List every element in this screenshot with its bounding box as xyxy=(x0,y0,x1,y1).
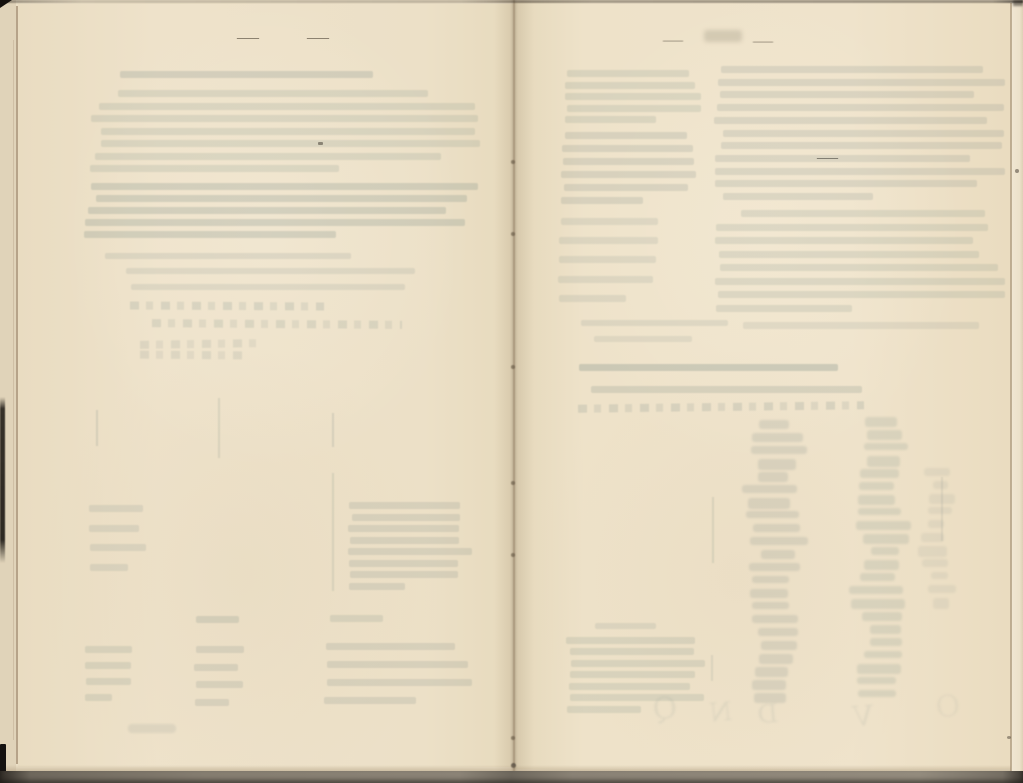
showthrough-row xyxy=(565,82,695,89)
showthrough-blob xyxy=(742,485,797,493)
showthrough-row xyxy=(716,305,852,312)
showthrough-para xyxy=(348,502,472,594)
stitch-mark xyxy=(511,736,515,740)
showthrough-blob xyxy=(867,430,902,440)
stitch-mark xyxy=(511,481,515,485)
showthrough-row xyxy=(721,142,1002,149)
showthrough-row xyxy=(718,79,1005,86)
showthrough-squiggle xyxy=(130,302,365,314)
showthrough-para xyxy=(88,505,146,583)
edge-speck xyxy=(1015,169,1019,173)
showthrough-row xyxy=(715,180,977,187)
showthrough-blob xyxy=(858,690,897,697)
right-page-number-ghost xyxy=(704,30,742,42)
showthrough-blob xyxy=(858,508,901,515)
showthrough-blob xyxy=(750,589,787,599)
showthrough-row xyxy=(743,322,979,329)
showthrough-blob xyxy=(761,550,795,559)
showthrough-row xyxy=(350,537,460,544)
showthrough-blob xyxy=(862,612,902,622)
showthrough-ghost: V xyxy=(844,699,874,729)
showthrough-para xyxy=(558,218,662,314)
showthrough-para xyxy=(194,646,244,716)
showthrough-column xyxy=(922,468,952,618)
showthrough-row xyxy=(565,93,701,100)
showthrough-row xyxy=(564,184,688,191)
showthrough-para xyxy=(565,637,705,717)
showthrough-blob xyxy=(859,482,894,490)
showthrough-blob xyxy=(761,641,797,650)
showthrough-row xyxy=(101,128,475,135)
left-background-block xyxy=(0,744,6,777)
showthrough-blob xyxy=(755,667,788,677)
showthrough-blob xyxy=(857,664,901,674)
showthrough-row xyxy=(196,646,244,653)
showthrough-blob xyxy=(870,625,901,634)
showthrough-row xyxy=(348,548,471,555)
showthrough-row xyxy=(195,699,229,706)
showthrough-vline xyxy=(711,655,713,681)
right-page-fore-edge xyxy=(1012,0,1023,783)
stitch-mark xyxy=(511,160,515,164)
showthrough-para xyxy=(83,183,485,243)
stitch-mark xyxy=(511,553,515,557)
showthrough-para xyxy=(712,210,1005,318)
left-background-strip xyxy=(0,397,5,563)
showthrough-blob xyxy=(849,586,903,594)
showthrough-row xyxy=(90,564,128,571)
showthrough-column xyxy=(745,420,803,712)
showthrough-row xyxy=(719,251,979,258)
edge-speck xyxy=(1007,736,1011,739)
showthrough-blob xyxy=(858,495,895,505)
right-page-folio-dash-right: — xyxy=(753,33,773,50)
showthrough-row xyxy=(88,207,446,214)
left-page-paper-texture xyxy=(18,4,514,767)
under-page-edge-area xyxy=(0,0,16,783)
showthrough-blob xyxy=(867,456,900,467)
showthrough-line xyxy=(592,336,704,345)
showthrough-line xyxy=(594,623,656,632)
showthrough-speck xyxy=(318,142,323,145)
showthrough-row xyxy=(715,278,1005,285)
showthrough-row xyxy=(91,115,478,122)
showthrough-row xyxy=(196,616,239,623)
showthrough-squiggle xyxy=(140,340,270,362)
showthrough-row xyxy=(566,637,695,644)
showthrough-squiggle xyxy=(152,320,402,332)
showthrough-row xyxy=(570,694,704,701)
showthrough-ghost: N xyxy=(705,697,733,725)
showthrough-row xyxy=(326,643,456,650)
showthrough-row xyxy=(327,661,468,668)
showthrough-row xyxy=(715,237,973,244)
showthrough-row xyxy=(348,525,459,532)
showthrough-row xyxy=(563,158,694,165)
showthrough-blob xyxy=(928,585,957,593)
showthrough-blob xyxy=(918,546,946,557)
showthrough-line xyxy=(742,322,982,332)
showthrough-row xyxy=(559,295,626,302)
ink-dash: — xyxy=(817,149,838,166)
showthrough-blob xyxy=(928,507,952,514)
showthrough-blob xyxy=(933,598,948,609)
showthrough-row xyxy=(723,130,1004,137)
stitch-mark xyxy=(511,365,515,369)
showthrough-vline xyxy=(96,410,98,446)
left-page-folio-dash-right: — xyxy=(307,28,329,47)
showthrough-line xyxy=(127,284,417,293)
showthrough-blob xyxy=(752,680,786,690)
top-right-background-smudge xyxy=(1013,0,1023,6)
showthrough-row xyxy=(581,320,728,326)
showthrough-row xyxy=(99,103,475,110)
right-page-edge-line xyxy=(1010,3,1012,775)
showthrough-row xyxy=(559,256,655,263)
showthrough-row xyxy=(716,224,987,231)
showthrough-row xyxy=(85,662,131,669)
stitch-mark xyxy=(511,232,515,236)
showthrough-row xyxy=(324,697,416,704)
showthrough-squiggle-row xyxy=(140,339,261,349)
showthrough-para xyxy=(84,646,136,710)
showthrough-blob xyxy=(864,651,902,658)
showthrough-blob xyxy=(864,560,899,570)
showthrough-row xyxy=(595,623,656,629)
showthrough-row xyxy=(717,104,1004,111)
under-page-edge-line-2 xyxy=(13,40,14,740)
showthrough-row xyxy=(350,571,458,578)
showthrough-row xyxy=(570,648,694,655)
right-page-paper-texture xyxy=(514,2,1011,769)
showthrough-blob xyxy=(929,494,955,504)
showthrough-blob xyxy=(933,481,948,489)
showthrough-blob xyxy=(922,559,948,567)
showthrough-vline xyxy=(712,497,714,563)
showthrough-line xyxy=(575,320,730,329)
showthrough-squiggle-row xyxy=(578,401,864,412)
showthrough-vline xyxy=(941,477,943,541)
showthrough-row xyxy=(327,679,472,686)
showthrough-blob xyxy=(857,677,896,684)
showthrough-para xyxy=(560,132,702,210)
showthrough-row xyxy=(714,117,987,124)
showthrough-blob xyxy=(752,602,789,610)
showthrough-row xyxy=(741,210,985,217)
showthrough-line xyxy=(572,364,844,378)
showthrough-blob xyxy=(864,443,908,450)
showthrough-para xyxy=(86,90,480,178)
showthrough-row xyxy=(85,646,132,653)
showthrough-para xyxy=(322,643,472,715)
showthrough-row xyxy=(715,155,969,162)
showthrough-squiggle xyxy=(578,403,928,412)
showthrough-blob xyxy=(752,576,789,583)
top-left-background-notch xyxy=(0,0,12,8)
showthrough-row xyxy=(95,153,440,160)
showthrough-blob xyxy=(748,498,790,509)
showthrough-row xyxy=(565,132,687,139)
showthrough-para xyxy=(712,66,1005,206)
showthrough-squiggle-row xyxy=(140,351,245,360)
showthrough-blob xyxy=(759,654,794,664)
showthrough-line xyxy=(196,616,240,627)
showthrough-blob xyxy=(851,599,905,609)
showthrough-ghost: Q xyxy=(646,691,679,724)
showthrough-row xyxy=(131,284,405,290)
stitch-mark xyxy=(511,763,516,768)
showthrough-blob xyxy=(753,524,801,532)
showthrough-row xyxy=(85,219,464,226)
showthrough-squiggle-row xyxy=(130,302,324,311)
showthrough-blob xyxy=(758,472,788,482)
showthrough-row xyxy=(349,583,405,590)
showthrough-row xyxy=(723,193,873,200)
showthrough-line xyxy=(97,253,365,262)
left-page-folio-dash-left: — xyxy=(237,28,259,47)
showthrough-row xyxy=(718,291,1005,298)
showthrough-row xyxy=(101,140,480,147)
showthrough-row xyxy=(126,268,415,274)
showthrough-blob xyxy=(931,572,948,579)
showthrough-row xyxy=(569,683,690,690)
showthrough-blob xyxy=(870,638,902,646)
showthrough-row xyxy=(715,168,1005,175)
right-page-folio-dash-left: — xyxy=(663,32,683,49)
showthrough-line xyxy=(589,386,865,396)
showthrough-row xyxy=(90,544,146,551)
showthrough-row xyxy=(561,197,643,204)
showthrough-blob xyxy=(856,521,912,530)
showthrough-blob xyxy=(752,433,803,442)
under-page-edge-line xyxy=(16,6,18,764)
showthrough-blob xyxy=(928,520,944,528)
showthrough-row xyxy=(562,145,693,152)
showthrough-row xyxy=(330,615,384,622)
showthrough-row xyxy=(196,681,243,688)
showthrough-row xyxy=(567,706,641,713)
showthrough-blob xyxy=(924,468,949,476)
showthrough-row xyxy=(96,195,467,202)
showthrough-row xyxy=(89,525,139,532)
showthrough-vline xyxy=(218,398,220,458)
showthrough-blob xyxy=(759,420,790,429)
left-page xyxy=(18,4,514,767)
showthrough-row xyxy=(561,218,658,225)
showthrough-row xyxy=(89,505,143,512)
showthrough-blob xyxy=(128,724,176,733)
showthrough-blob xyxy=(758,459,796,470)
showthrough-blob xyxy=(746,511,799,519)
showthrough-vline xyxy=(332,413,334,447)
showthrough-blob xyxy=(749,563,799,571)
showthrough-ghost: O xyxy=(929,689,962,722)
showthrough-row xyxy=(352,514,460,521)
showthrough-blob xyxy=(751,446,807,454)
showthrough-row xyxy=(558,276,653,283)
showthrough-row xyxy=(85,694,112,701)
showthrough-column xyxy=(853,417,909,710)
showthrough-row xyxy=(567,70,688,77)
showthrough-row xyxy=(84,231,335,238)
showthrough-row xyxy=(105,253,350,259)
showthrough-row xyxy=(91,183,478,190)
showthrough-blob xyxy=(921,533,945,542)
showthrough-para xyxy=(563,70,701,128)
showthrough-blob xyxy=(860,573,895,581)
showthrough-row xyxy=(559,237,658,244)
showthrough-row xyxy=(720,264,998,271)
showthrough-vline xyxy=(332,473,334,591)
showthrough-row xyxy=(194,664,238,671)
scanned-book-spread: — — — — — QNDVO xyxy=(0,0,1023,783)
showthrough-row xyxy=(349,560,458,567)
showthrough-row xyxy=(561,171,696,178)
showthrough-blob xyxy=(863,534,909,544)
showthrough-line xyxy=(328,615,384,626)
showthrough-row xyxy=(349,502,460,509)
showthrough-row xyxy=(90,165,339,172)
gutter-line xyxy=(513,0,515,783)
showthrough-row xyxy=(120,71,373,78)
showthrough-row xyxy=(118,90,428,97)
showthrough-row xyxy=(570,671,695,678)
showthrough-blob xyxy=(758,628,798,637)
showthrough-blob xyxy=(754,693,786,703)
showthrough-row xyxy=(594,336,691,342)
showthrough-blob xyxy=(750,537,807,545)
showthrough-row xyxy=(591,386,862,393)
showthrough-row xyxy=(567,105,701,112)
right-page xyxy=(514,2,1011,769)
showthrough-row xyxy=(565,116,655,123)
showthrough-row xyxy=(86,678,131,685)
showthrough-blob xyxy=(865,417,897,427)
showthrough-line xyxy=(117,268,415,277)
showthrough-row xyxy=(720,91,974,98)
showthrough-squiggle-row xyxy=(152,319,402,329)
showthrough-ghost: D xyxy=(751,699,779,727)
showthrough-row xyxy=(571,660,705,667)
showthrough-blob xyxy=(860,469,899,478)
showthrough-blob xyxy=(871,547,899,556)
showthrough-row xyxy=(579,364,837,371)
showthrough-row xyxy=(721,66,982,73)
showthrough-line xyxy=(117,71,385,81)
showthrough-blob xyxy=(752,615,798,623)
